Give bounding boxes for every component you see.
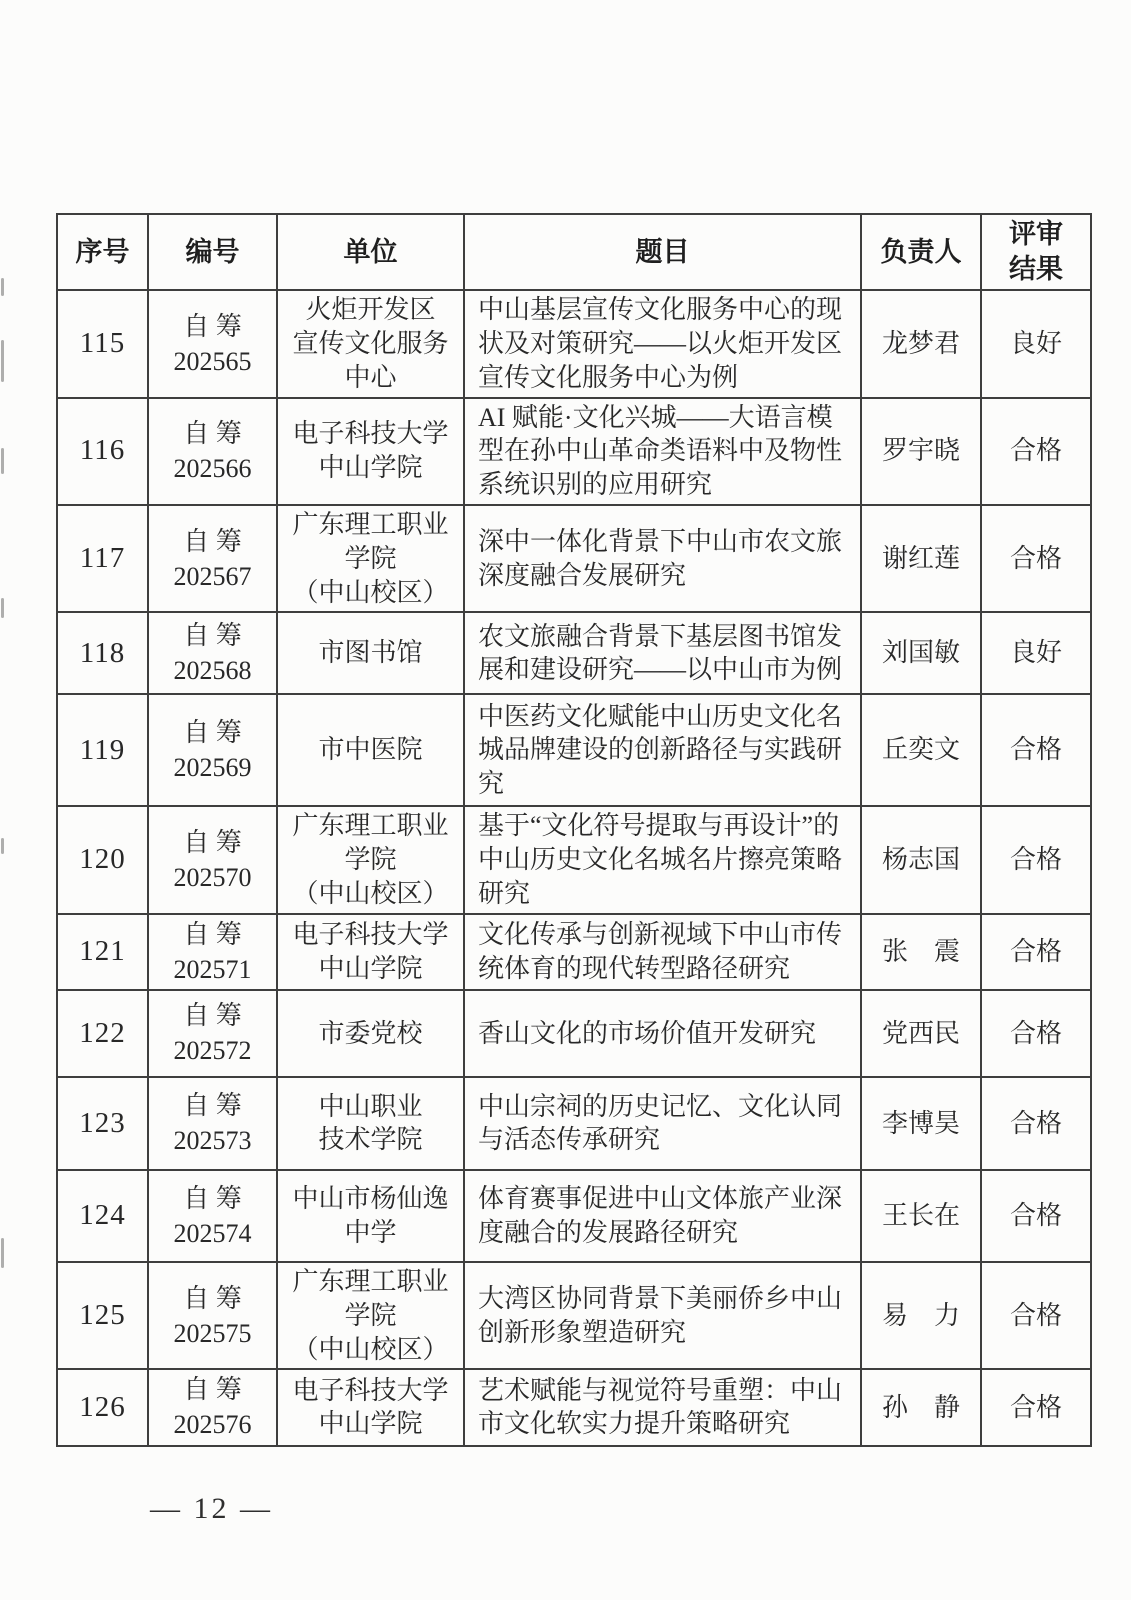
cell-result: 合格 xyxy=(981,398,1091,505)
cell-title: 中医药文化赋能中山历史文化名 城品牌建设的创新路径与实践研 究 xyxy=(464,694,861,806)
cell-serial: 117 xyxy=(57,505,148,612)
cell-title: 大湾区协同背景下美丽侨乡中山 创新形象塑造研究 xyxy=(464,1262,861,1369)
scan-artifact xyxy=(1,340,4,382)
header-row: 序号 编号 单位 题目 负责人 评审 结果 xyxy=(57,214,1091,290)
cell-title: 中山基层宣传文化服务中心的现 状及对策研究——以火炬开发区 宣传文化服务中心为例 xyxy=(464,290,861,397)
cell-unit: 中山职业 技术学院 xyxy=(277,1077,464,1170)
column-header-title: 题目 xyxy=(464,214,861,290)
cell-code: 自 筹 202568 xyxy=(148,612,277,694)
table-row: 121 自 筹 202571 电子科技大学 中山学院 文化传承与创新视域下中山市… xyxy=(57,914,1091,990)
scan-artifact xyxy=(1,838,4,854)
cell-serial: 115 xyxy=(57,290,148,397)
cell-code: 自 筹 202574 xyxy=(148,1170,277,1262)
cell-result: 合格 xyxy=(981,990,1091,1077)
cell-serial: 124 xyxy=(57,1170,148,1262)
cell-title: 中山宗祠的历史记忆、文化认同 与活态传承研究 xyxy=(464,1077,861,1170)
column-header-serial: 序号 xyxy=(57,214,148,290)
cell-title: 艺术赋能与视觉符号重塑：中山 市文化软实力提升策略研究 xyxy=(464,1369,861,1445)
cell-serial: 125 xyxy=(57,1262,148,1369)
cell-serial: 121 xyxy=(57,914,148,990)
cell-title: 香山文化的市场价值开发研究 xyxy=(464,990,861,1077)
cell-serial: 119 xyxy=(57,694,148,806)
cell-title: 农文旅融合背景下基层图书馆发 展和建设研究——以中山市为例 xyxy=(464,612,861,694)
cell-lead: 王长在 xyxy=(861,1170,981,1262)
table-row: 115 自 筹 202565 火炬开发区 宣传文化服务 中心 中山基层宣传文化服… xyxy=(57,290,1091,397)
scan-artifact xyxy=(1,278,4,296)
cell-title: 基于“文化符号提取与再设计”的 中山历史文化名城名片擦亮策略 研究 xyxy=(464,806,861,913)
cell-result: 合格 xyxy=(981,806,1091,913)
table-row: 119 自 筹 202569 市中医院 中医药文化赋能中山历史文化名 城品牌建设… xyxy=(57,694,1091,806)
column-header-unit: 单位 xyxy=(277,214,464,290)
cell-unit: 广东理工职业 学院 （中山校区） xyxy=(277,505,464,612)
cell-title: 体育赛事促进中山文体旅产业深 度融合的发展路径研究 xyxy=(464,1170,861,1262)
cell-result: 合格 xyxy=(981,1077,1091,1170)
table-row: 125 自 筹 202575 广东理工职业 学院 （中山校区） 大湾区协同背景下… xyxy=(57,1262,1091,1369)
cell-lead: 孙 静 xyxy=(861,1369,981,1445)
cell-unit: 市委党校 xyxy=(277,990,464,1077)
cell-code: 自 筹 202572 xyxy=(148,990,277,1077)
cell-lead: 杨志国 xyxy=(861,806,981,913)
cell-unit: 市中医院 xyxy=(277,694,464,806)
cell-title: 文化传承与创新视域下中山市传 统体育的现代转型路径研究 xyxy=(464,914,861,990)
scan-artifact xyxy=(1,1238,4,1268)
cell-lead: 易 力 xyxy=(861,1262,981,1369)
cell-unit: 市图书馆 xyxy=(277,612,464,694)
cell-result: 合格 xyxy=(981,1262,1091,1369)
column-header-code: 编号 xyxy=(148,214,277,290)
cell-title: AI 赋能·文化兴城——大语言模 型在孙中山革命类语料中及物性 系统识别的应用研… xyxy=(464,398,861,505)
cell-result: 良好 xyxy=(981,612,1091,694)
cell-code: 自 筹 202566 xyxy=(148,398,277,505)
cell-code: 自 筹 202573 xyxy=(148,1077,277,1170)
cell-result: 合格 xyxy=(981,1170,1091,1262)
cell-unit: 电子科技大学 中山学院 xyxy=(277,914,464,990)
column-header-lead: 负责人 xyxy=(861,214,981,290)
cell-unit: 电子科技大学 中山学院 xyxy=(277,1369,464,1445)
scan-artifact xyxy=(1,598,4,618)
cell-serial: 123 xyxy=(57,1077,148,1170)
cell-code: 自 筹 202575 xyxy=(148,1262,277,1369)
table-row: 126 自 筹 202576 电子科技大学 中山学院 艺术赋能与视觉符号重塑：中… xyxy=(57,1369,1091,1445)
cell-code: 自 筹 202571 xyxy=(148,914,277,990)
page-number: — 12 — xyxy=(150,1492,273,1526)
cell-lead: 刘国敏 xyxy=(861,612,981,694)
cell-lead: 党西民 xyxy=(861,990,981,1077)
cell-unit: 电子科技大学 中山学院 xyxy=(277,398,464,505)
table-row: 122 自 筹 202572 市委党校 香山文化的市场价值开发研究 党西民 合格 xyxy=(57,990,1091,1077)
review-results-table: 序号 编号 单位 题目 负责人 评审 结果 115 自 筹 202565 火炬开… xyxy=(56,213,1092,1447)
cell-code: 自 筹 202570 xyxy=(148,806,277,913)
cell-serial: 120 xyxy=(57,806,148,913)
cell-title: 深中一体化背景下中山市农文旅 深度融合发展研究 xyxy=(464,505,861,612)
cell-lead: 丘奕文 xyxy=(861,694,981,806)
table-row: 116 自 筹 202566 电子科技大学 中山学院 AI 赋能·文化兴城——大… xyxy=(57,398,1091,505)
cell-result: 合格 xyxy=(981,914,1091,990)
cell-lead: 李博昊 xyxy=(861,1077,981,1170)
cell-serial: 116 xyxy=(57,398,148,505)
document-page: 序号 编号 单位 题目 负责人 评审 结果 115 自 筹 202565 火炬开… xyxy=(0,0,1131,1600)
cell-lead: 张 震 xyxy=(861,914,981,990)
table-row: 120 自 筹 202570 广东理工职业 学院 （中山校区） 基于“文化符号提… xyxy=(57,806,1091,913)
table-row: 123 自 筹 202573 中山职业 技术学院 中山宗祠的历史记忆、文化认同 … xyxy=(57,1077,1091,1170)
cell-result: 合格 xyxy=(981,505,1091,612)
table-row: 117 自 筹 202567 广东理工职业 学院 （中山校区） 深中一体化背景下… xyxy=(57,505,1091,612)
table-row: 118 自 筹 202568 市图书馆 农文旅融合背景下基层图书馆发 展和建设研… xyxy=(57,612,1091,694)
cell-code: 自 筹 202576 xyxy=(148,1369,277,1445)
cell-code: 自 筹 202567 xyxy=(148,505,277,612)
cell-result: 合格 xyxy=(981,1369,1091,1445)
cell-unit: 广东理工职业 学院 （中山校区） xyxy=(277,1262,464,1369)
cell-result: 合格 xyxy=(981,694,1091,806)
cell-serial: 126 xyxy=(57,1369,148,1445)
cell-lead: 罗宇晓 xyxy=(861,398,981,505)
cell-lead: 谢红莲 xyxy=(861,505,981,612)
cell-serial: 122 xyxy=(57,990,148,1077)
table-row: 124 自 筹 202574 中山市杨仙逸 中学 体育赛事促进中山文体旅产业深 … xyxy=(57,1170,1091,1262)
cell-lead: 龙梦君 xyxy=(861,290,981,397)
cell-code: 自 筹 202569 xyxy=(148,694,277,806)
cell-unit: 广东理工职业 学院 （中山校区） xyxy=(277,806,464,913)
cell-result: 良好 xyxy=(981,290,1091,397)
cell-unit: 中山市杨仙逸 中学 xyxy=(277,1170,464,1262)
cell-unit: 火炬开发区 宣传文化服务 中心 xyxy=(277,290,464,397)
cell-code: 自 筹 202565 xyxy=(148,290,277,397)
column-header-result: 评审 结果 xyxy=(981,214,1091,290)
cell-serial: 118 xyxy=(57,612,148,694)
scan-artifact xyxy=(1,448,4,474)
